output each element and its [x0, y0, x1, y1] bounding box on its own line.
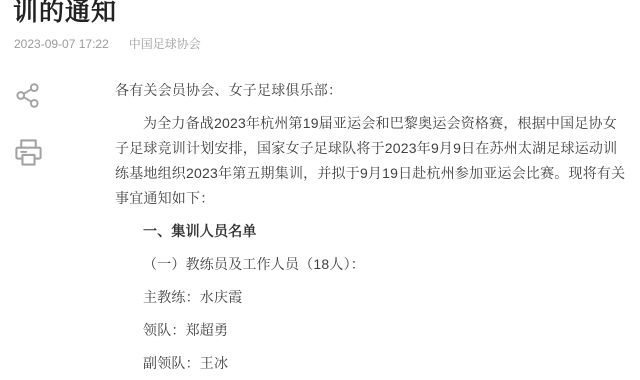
- page-title: 训的通知: [13, 0, 117, 28]
- intro-paragraph: 为全力备战2023年杭州第19届亚运会和巴黎奥运会资格赛，根据中国足协女子足球竞…: [115, 111, 631, 211]
- section-subheading: （一）教练员及工作人员（18人）：: [115, 252, 631, 277]
- print-icon: [14, 138, 43, 167]
- publish-source: 中国足球协会: [129, 37, 201, 51]
- article-meta: 2023-09-07 17:22中国足球协会: [14, 37, 201, 51]
- roster-line-team-leader: 领队：郑超勇: [115, 318, 631, 343]
- article-body: 各有关会员协会、女子足球俱乐部： 为全力备战2023年杭州第19届亚运会和巴黎奥…: [115, 78, 631, 380]
- share-button[interactable]: [14, 82, 41, 109]
- salutation-line: 各有关会员协会、女子足球俱乐部：: [115, 78, 631, 103]
- print-button[interactable]: [14, 138, 43, 167]
- roster-line-deputy-leader: 副领队：王冰: [115, 351, 631, 376]
- section-heading: 一、集训人员名单: [115, 219, 631, 244]
- share-icon: [14, 82, 41, 109]
- side-toolbar: [14, 82, 43, 167]
- roster-line-head-coach: 主教练：水庆霞: [115, 285, 631, 310]
- publish-date: 2023-09-07 17:22: [14, 37, 109, 51]
